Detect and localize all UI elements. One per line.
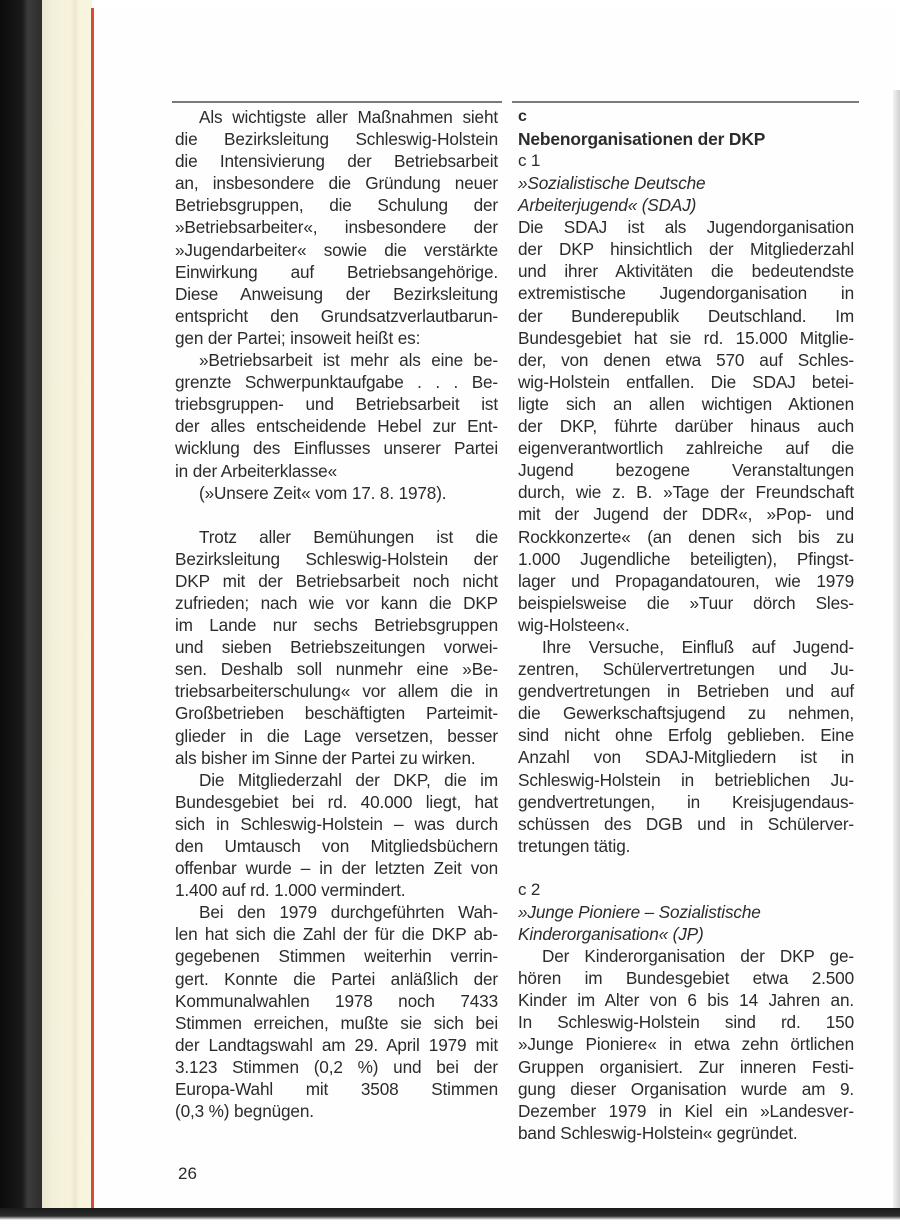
text-line: 1.000 Jugendliche beteiligten), Pfingst- [518, 548, 854, 570]
text-line: Großbetrieben beschäftigten Parteimit- [175, 702, 498, 724]
text-line: die Gewerkschaftsjugend zu nehmen, [518, 702, 854, 724]
text-line: der Bunderepublik Deutschland. Im [518, 305, 854, 327]
text-line: Bezirksleitung Schleswig-Holstein der [175, 548, 498, 570]
text-line: Dezember 1979 in Kiel ein »Landesver- [518, 1100, 854, 1122]
text-line: »Betriebsarbeiter«, insbesondere der [175, 216, 498, 238]
quote-block: »Betriebsarbeit ist mehr als eine be- gr… [175, 349, 498, 504]
text-line: entspricht den Grundsatzverlautbarun- [175, 305, 498, 327]
text-line: triebsarbeiterschulung« vor allem die in [175, 680, 498, 702]
text-line: an, insbesondere die Gründung neuer [175, 172, 498, 194]
text-line: Europa-Wahl mit 3508 Stimmen [175, 1078, 498, 1100]
spacer [175, 504, 498, 526]
text-line: triebsgruppen- und Betriebsarbeit ist [175, 393, 498, 415]
text-line: und sieben Betriebszeitungen vorwei- [175, 636, 498, 658]
text-line: im Lande nur sechs Betriebsgruppen [175, 614, 498, 636]
text-line: eigenverantwortlich zahlreiche auf die [518, 437, 854, 459]
text-line: Kinder im Alter von 6 bis 14 Jahren an. [518, 989, 854, 1011]
text-line: als bisher im Sinne der Partei zu wirken… [175, 747, 498, 769]
paragraph-mitgliederzahl: Die Mitgliederzahl der DKP, die im Bunde… [175, 769, 498, 902]
text-line: mit der Jugend der DDR«, »Pop- und [518, 503, 854, 525]
text-line: und ihrer Aktivitäten die bedeutendste [518, 260, 854, 282]
text-line: Stimmen erreichen, mußte sie sich bei [175, 1012, 498, 1034]
top-rule-right [512, 101, 859, 103]
text-line: wig-Holsteen«. [518, 614, 854, 636]
text-line: wig-Holstein entfallen. Die SDAJ betei- [518, 371, 854, 393]
text-line: Diese Anweisung der Bezirksleitung [175, 283, 498, 305]
scan-edge-left [0, 0, 42, 1226]
text-line: offenbar wurde – in der letzten Zeit von [175, 857, 498, 879]
text-line: tretungen tätig. [518, 835, 854, 857]
text-line: zufrieden; nach wie vor kann die DKP [175, 592, 498, 614]
text-line: Bundesgebiet hat sie rd. 15.000 Mitglie- [518, 327, 854, 349]
text-line: sind nicht ohne Erfolg geblieben. Eine [518, 724, 854, 746]
top-rule-left [172, 101, 502, 103]
text-line: »Jugendarbeiter« sowie die verstärkte [175, 239, 498, 261]
title-line: »Sozialistische Deutsche [518, 172, 854, 194]
text-line: Betriebsgruppen, die Schulung der [175, 194, 498, 216]
text-line: »Betriebsarbeit ist mehr als eine be- [175, 349, 498, 371]
subsection-number-c2: c 2 [518, 879, 854, 901]
text-line: durch, wie z. B. »Tage der Freundschaft [518, 481, 854, 503]
text-line: DKP mit der Betriebsarbeit noch nicht [175, 570, 498, 592]
left-column: Als wichtigste aller Maßnahmen sieht die… [175, 106, 498, 1122]
text-line: Die SDAJ ist als Jugendorganisation [518, 216, 854, 238]
text-line: sen. Deshalb soll nunmehr eine »Be- [175, 658, 498, 680]
text-line: gendvertretungen, in Kreisjugendaus- [518, 791, 854, 813]
page-number: 26 [178, 1164, 197, 1184]
text-line: Schleswig-Holstein in betrieblichen Ju- [518, 769, 854, 791]
text-line: In Schleswig-Holstein sind rd. 150 [518, 1011, 854, 1033]
text-line: Kommunalwahlen 1978 noch 7433 [175, 990, 498, 1012]
text-line: 3.123 Stimmen (0,2 %) und bei der [175, 1056, 498, 1078]
paragraph-wahlen: Bei den 1979 durchgeführten Wah- len hat… [175, 901, 498, 1122]
subsection-title-sdaj: »Sozialistische Deutsche Arbeiterjugend«… [518, 172, 854, 216]
text-line: der, von denen etwa 570 auf Schles- [518, 349, 854, 371]
subsection-title-jp: »Junge Pioniere – Sozialistische Kindero… [518, 901, 854, 945]
paragraph-sdaj: Die SDAJ ist als Jugendorganisation der … [518, 216, 854, 636]
scan-edge-bottom [0, 1208, 900, 1226]
spacer [518, 857, 854, 879]
text-line: Die Mitgliederzahl der DKP, die im [175, 769, 498, 791]
text-line: gen der Partei; insoweit heißt es: [175, 327, 498, 349]
text-line: Trotz aller Bemühungen ist die [175, 526, 498, 548]
text-line: lager und Propagandatouren, wie 1979 [518, 570, 854, 592]
text-line: sich in Schleswig-Holstein – was durch [175, 813, 498, 835]
text-line: ligte sich an allen wichtigen Aktionen [518, 393, 854, 415]
text-line: 1.400 auf rd. 1.000 vermindert. [175, 879, 498, 901]
text-line: Anzahl von SDAJ-Mitgliedern ist in [518, 746, 854, 768]
text-line: Als wichtigste aller Maßnahmen sieht [175, 106, 498, 128]
text-line: band Schleswig-Holstein« gegründet. [518, 1122, 854, 1144]
text-line: gegebenen Stimmen weiterhin verrin- [175, 945, 498, 967]
text-line: die Bezirksleitung Schleswig-Holstein [175, 128, 498, 150]
text-line: zentren, Schülervertretungen und Ju- [518, 658, 854, 680]
text-line: Bundesgebiet bei rd. 40.000 liegt, hat [175, 791, 498, 813]
text-line: extremistische Jugendorganisation in [518, 282, 854, 304]
text-line: Rockkonzerte« (an denen sich bis zu [518, 526, 854, 548]
right-column: c Nebenorganisationen der DKP c 1 »Sozia… [518, 106, 854, 1144]
text-line: den Umtausch von Mitgliedsbüchern [175, 835, 498, 857]
text-line: Bei den 1979 durchgeführten Wah- [175, 901, 498, 923]
text-line: Gruppen organisiert. Zur inneren Festi- [518, 1056, 854, 1078]
page-edge-red [91, 8, 94, 1208]
text-line: der alles entscheidende Hebel zur Ent- [175, 415, 498, 437]
paragraph-versuche: Ihre Versuche, Einfluß auf Jugend- zentr… [518, 636, 854, 857]
text-line: grenzte Schwerpunktaufgabe . . . Be- [175, 371, 498, 393]
text-line: Jugend bezogene Veranstaltungen [518, 459, 854, 481]
text-line: glieder in die Lage versetzen, besser [175, 725, 498, 747]
text-line: der Landtagswahl am 29. April 1979 mit [175, 1034, 498, 1056]
text-line: Einwirkung auf Betriebsangehörige. [175, 261, 498, 283]
title-line: Kinderorganisation« (JP) [518, 923, 854, 945]
text-line: (0,3 %) begnügen. [175, 1100, 498, 1122]
text-line: len hat sich die Zahl der für die DKP ab… [175, 923, 498, 945]
title-line: Arbeiterjugend« (SDAJ) [518, 194, 854, 216]
paragraph-trotz: Trotz aller Bemühungen ist die Bezirksle… [175, 526, 498, 769]
text-line: schüssen des DGB und in Schülerver- [518, 813, 854, 835]
text-line: gung dieser Organisation wurde am 9. [518, 1078, 854, 1100]
paragraph-kinderorganisation: Der Kinderorganisation der DKP ge- hören… [518, 945, 854, 1144]
text-line: der DKP, führte darüber hinaus auch [518, 415, 854, 437]
text-line: gert. Konnte die Partei anläßlich der [175, 968, 498, 990]
text-line: in der Arbeiterklasse« [175, 460, 498, 482]
section-letter: c [518, 106, 854, 128]
text-line: »Junge Pioniere« in etwa zehn örtlichen [518, 1033, 854, 1055]
subsection-number-c1: c 1 [518, 150, 854, 172]
text-line: gendvertretungen in Betrieben und auf [518, 680, 854, 702]
page-stack-edge [42, 0, 92, 1208]
text-line: die Intensivierung der Betriebsarbeit [175, 150, 498, 172]
text-line: Ihre Versuche, Einfluß auf Jugend- [518, 636, 854, 658]
title-line: »Junge Pioniere – Sozialistische [518, 901, 854, 923]
text-line: Der Kinderorganisation der DKP ge- [518, 945, 854, 967]
text-line: beispielsweise die »Tuur dörch Sles- [518, 592, 854, 614]
text-line: hören im Bundesgebiet etwa 2.500 [518, 967, 854, 989]
section-title: Nebenorganisationen der DKP [518, 128, 854, 150]
scan-edge-right [893, 90, 900, 1220]
text-line: der DKP hinsichtlich der Mitgliederzahl [518, 238, 854, 260]
paragraph-betriebsarbeit: Als wichtigste aller Maßnahmen sieht die… [175, 106, 498, 349]
text-line: wicklung des Einflusses unserer Partei [175, 437, 498, 459]
quote-source: (»Unsere Zeit« vom 17. 8. 1978). [175, 482, 498, 504]
